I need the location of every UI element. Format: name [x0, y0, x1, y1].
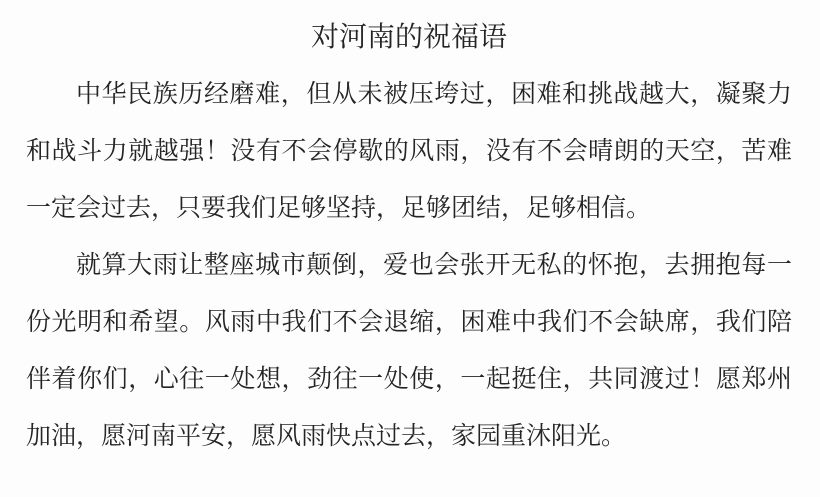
document-page: 对河南的祝福语 中华民族历经磨难，但从未被压垮过，困难和挑战越大，凝聚力和战斗力…	[0, 0, 820, 497]
document-title: 对河南的祝福语	[26, 10, 792, 66]
paragraph-2: 就算大雨让整座城市颠倒，爱也会张开无私的怀抱，去拥抱每一份光明和希望。风雨中我们…	[26, 237, 792, 465]
paragraph-1: 中华民族历经磨难，但从未被压垮过，困难和挑战越大，凝聚力和战斗力就越强！没有不会…	[26, 66, 792, 237]
